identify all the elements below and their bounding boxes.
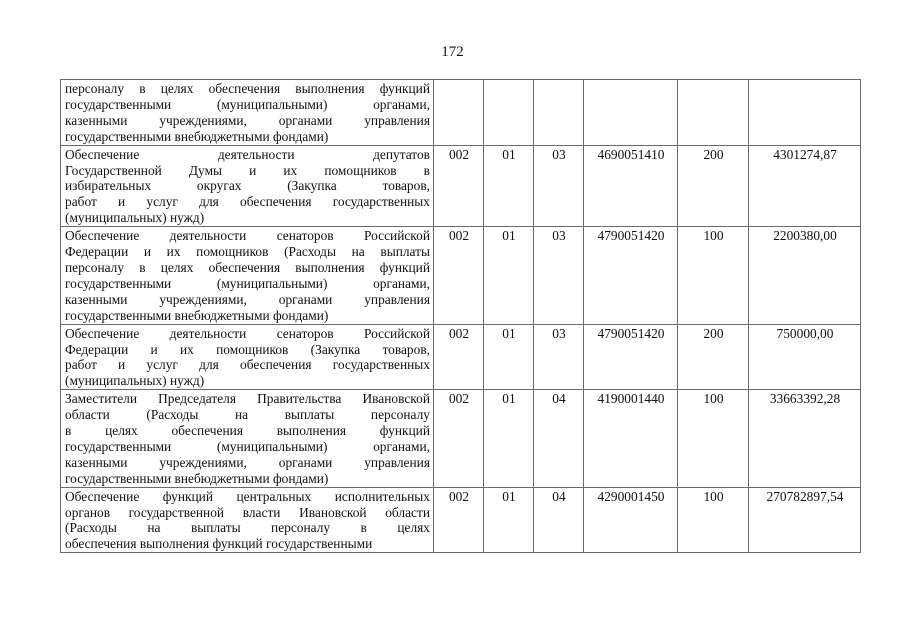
description-line: Обеспечение функций центральных исполнит… — [65, 489, 430, 505]
description-line: органов государственной власти Ивановско… — [65, 505, 430, 521]
description-line: государственными (муниципальными) органа… — [65, 97, 430, 113]
description-line: Заместители Председателя Правительства И… — [65, 391, 430, 407]
section-code: 01 — [484, 390, 534, 487]
page-number: 172 — [0, 44, 905, 61]
description-line: работ и услуг для обеспечения государств… — [65, 357, 430, 373]
expense-type-code: 100 — [678, 227, 749, 324]
target-article-code: 4290001450 — [584, 487, 678, 553]
amount: 4301274,87 — [749, 145, 861, 227]
target-article-code: 4690051410 — [584, 145, 678, 227]
table-row: Обеспечение деятельности сенаторов Росси… — [61, 324, 861, 390]
ministry-code: 002 — [434, 324, 484, 390]
description-line: государственными внебюджетными фондами) — [65, 129, 430, 145]
ministry-code: 002 — [434, 145, 484, 227]
amount: 750000,00 — [749, 324, 861, 390]
subsection-code — [534, 80, 584, 146]
subsection-code: 04 — [534, 390, 584, 487]
section-code: 01 — [484, 324, 534, 390]
description-line: в целях обеспечения выполнения функций — [65, 423, 430, 439]
description-line: области (Расходы на выплаты персоналу — [65, 407, 430, 423]
subsection-code: 04 — [534, 487, 584, 553]
description-line: государственными внебюджетными фондами) — [65, 308, 430, 324]
target-article-code — [584, 80, 678, 146]
target-article-code: 4190001440 — [584, 390, 678, 487]
expense-description: Обеспечение функций центральных исполнит… — [61, 487, 434, 553]
target-article-code: 4790051420 — [584, 227, 678, 324]
description-line: (муниципальных) нужд) — [65, 210, 430, 226]
table-row: Обеспечение деятельности депутатовГосуда… — [61, 145, 861, 227]
section-code: 01 — [484, 145, 534, 227]
expense-type-code: 100 — [678, 487, 749, 553]
description-line: обеспечения выполнения функций государст… — [65, 536, 430, 552]
subsection-code: 03 — [534, 227, 584, 324]
expense-description: Заместители Председателя Правительства И… — [61, 390, 434, 487]
amount: 270782897,54 — [749, 487, 861, 553]
description-line: (Расходы на выплаты персоналу в целях — [65, 520, 430, 536]
table-row: Обеспечение деятельности сенаторов Росси… — [61, 227, 861, 324]
description-line: Обеспечение деятельности депутатов — [65, 147, 430, 163]
table-row: Обеспечение функций центральных исполнит… — [61, 487, 861, 553]
expense-type-code: 200 — [678, 324, 749, 390]
expense-description: Обеспечение деятельности сенаторов Росси… — [61, 324, 434, 390]
expense-type-code — [678, 80, 749, 146]
ministry-code: 002 — [434, 227, 484, 324]
amount: 2200380,00 — [749, 227, 861, 324]
section-code: 01 — [484, 487, 534, 553]
description-line: казенными учреждениями, органами управле… — [65, 113, 430, 129]
table-row: персоналу в целях обеспечения выполнения… — [61, 80, 861, 146]
section-code — [484, 80, 534, 146]
expense-description: Обеспечение деятельности сенаторов Росси… — [61, 227, 434, 324]
ministry-code: 002 — [434, 390, 484, 487]
description-line: избирательных округах (Закупка товаров, — [65, 178, 430, 194]
description-line: казенными учреждениями, органами управле… — [65, 292, 430, 308]
description-line: Федерации и их помощников (Закупка товар… — [65, 342, 430, 358]
description-line: государственными (муниципальными) органа… — [65, 439, 430, 455]
subsection-code: 03 — [534, 324, 584, 390]
description-line: казенными учреждениями, органами управле… — [65, 455, 430, 471]
amount: 33663392,28 — [749, 390, 861, 487]
ministry-code: 002 — [434, 487, 484, 553]
description-line: (муниципальных) нужд) — [65, 373, 430, 389]
ministry-code — [434, 80, 484, 146]
amount — [749, 80, 861, 146]
description-line: работ и услуг для обеспечения государств… — [65, 194, 430, 210]
budget-table: персоналу в целях обеспечения выполнения… — [60, 79, 861, 553]
expense-type-code: 200 — [678, 145, 749, 227]
description-line: государственными (муниципальными) органа… — [65, 276, 430, 292]
description-line: Обеспечение деятельности сенаторов Росси… — [65, 326, 430, 342]
description-line: государственными внебюджетными фондами) — [65, 471, 430, 487]
section-code: 01 — [484, 227, 534, 324]
subsection-code: 03 — [534, 145, 584, 227]
target-article-code: 4790051420 — [584, 324, 678, 390]
description-line: персоналу в целях обеспечения выполнения… — [65, 81, 430, 97]
description-line: Государственной Думы и их помощников в — [65, 163, 430, 179]
expense-description: Обеспечение деятельности депутатовГосуда… — [61, 145, 434, 227]
description-line: персоналу в целях обеспечения выполнения… — [65, 260, 430, 276]
description-line: Обеспечение деятельности сенаторов Росси… — [65, 228, 430, 244]
description-line: Федерации и их помощников (Расходы на вы… — [65, 244, 430, 260]
expense-description: персоналу в целях обеспечения выполнения… — [61, 80, 434, 146]
table-row: Заместители Председателя Правительства И… — [61, 390, 861, 487]
expense-type-code: 100 — [678, 390, 749, 487]
